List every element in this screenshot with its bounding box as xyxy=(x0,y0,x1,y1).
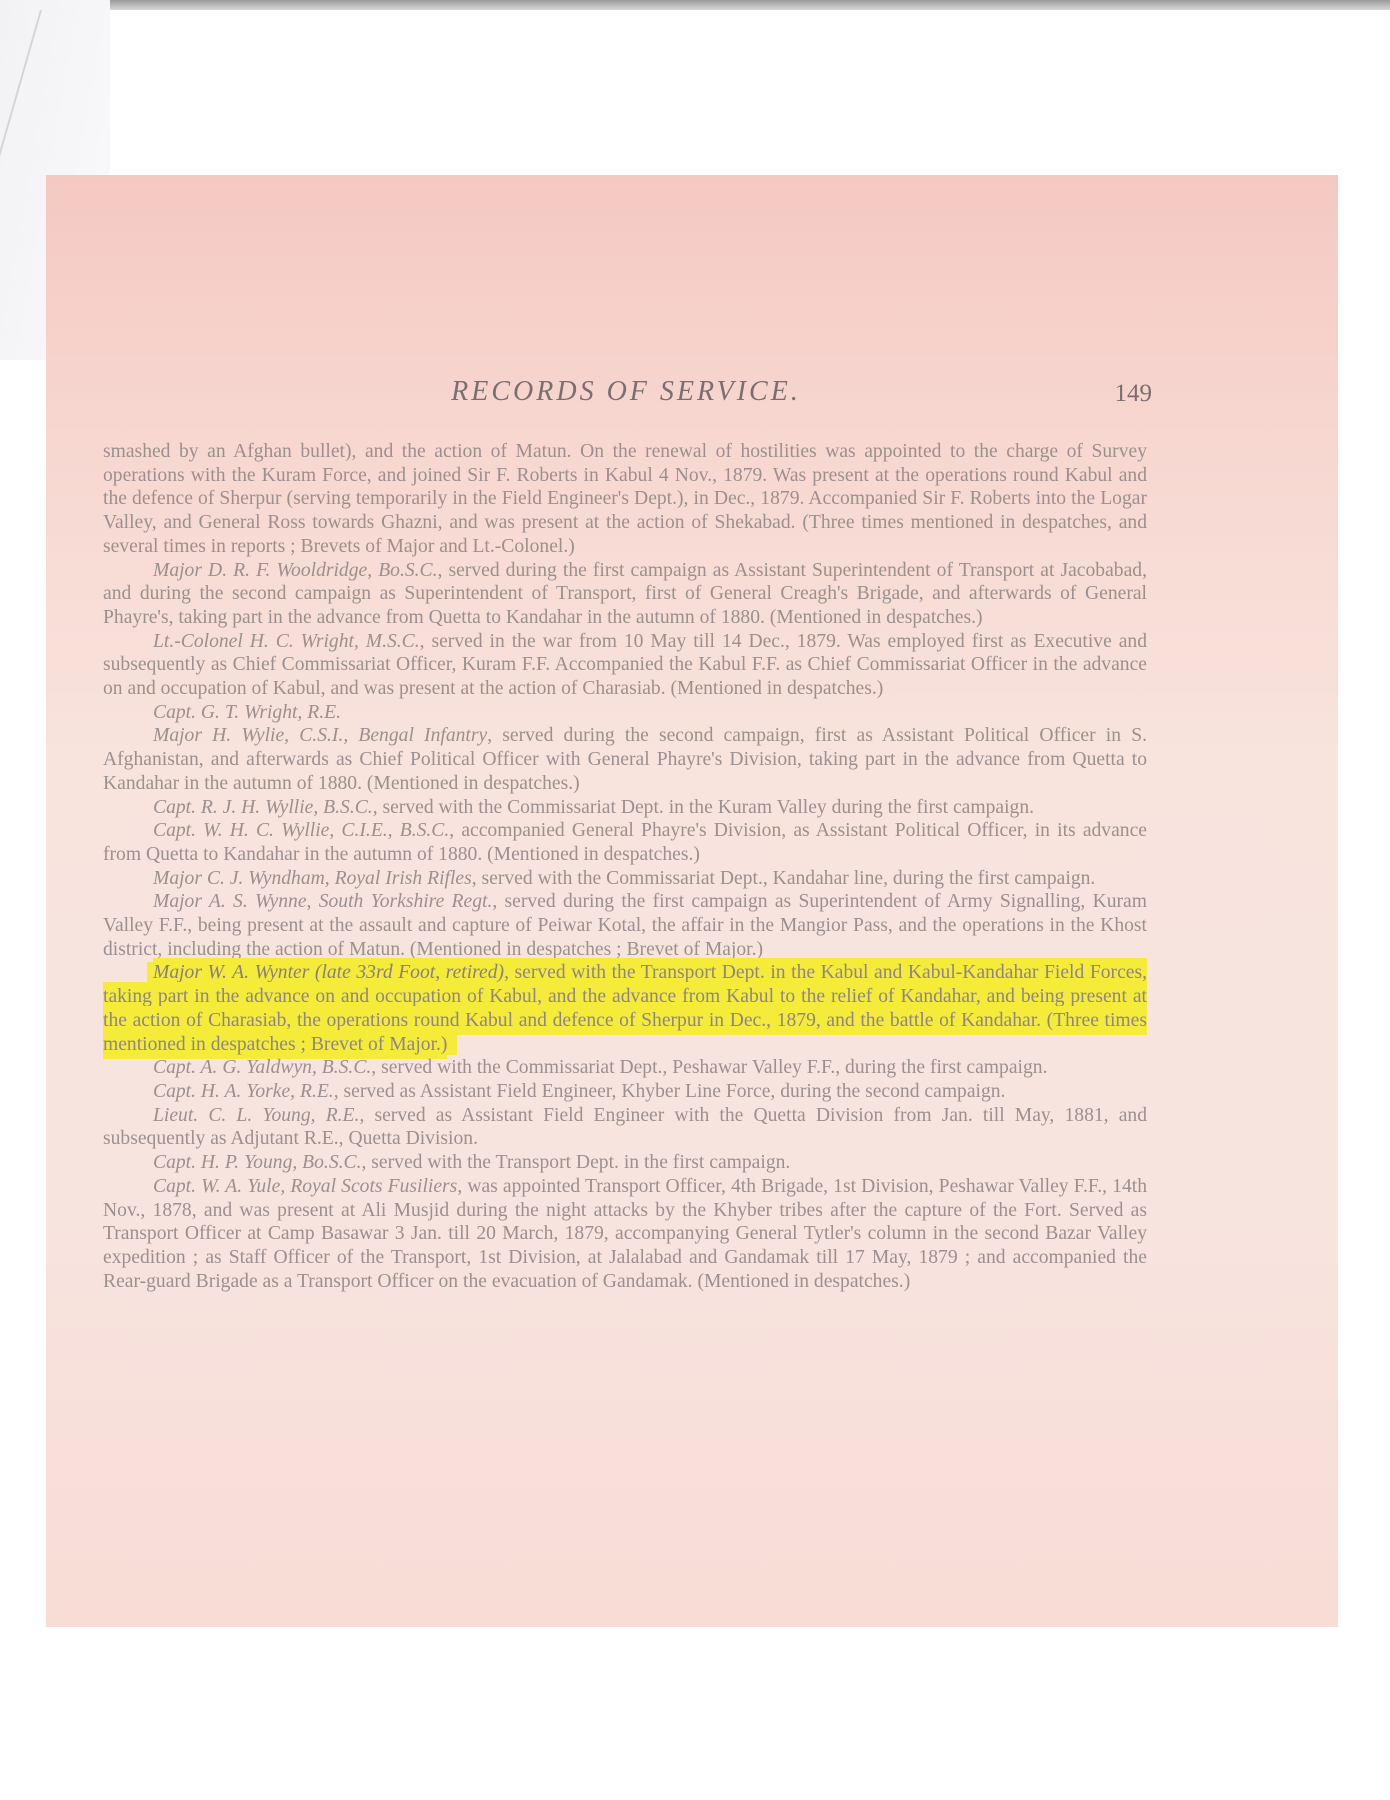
officer-name: Major C. J. Wyndham, Royal Irish Rifles xyxy=(153,868,472,889)
entry-continued: smashed by an Afghan bullet), and the ac… xyxy=(103,440,1147,559)
officer-name: Major W. A. Wynter (late 33rd Foot, reti… xyxy=(153,962,504,983)
entry-text: , served with the Transport Dept. in the… xyxy=(362,1152,791,1173)
entry: Major A. S. Wynne, South Yorkshire Regt.… xyxy=(103,890,1147,961)
officer-name: Major D. R. F. Wooldridge, Bo.S.C. xyxy=(153,560,438,581)
officer-name: Lt.-Colonel H. C. Wright, M.S.C. xyxy=(153,631,420,652)
officer-name: Capt. R. J. H. Wyllie, B.S.C. xyxy=(153,797,373,818)
entry: Lieut. C. L. Young, R.E., served as Assi… xyxy=(103,1104,1147,1151)
officer-name: Major A. S. Wynne, South Yorkshire Regt. xyxy=(153,891,492,912)
highlighter-mark: Major W. A. Wynter (late 33rd Foot, reti… xyxy=(103,962,1147,1054)
entry: Capt. R. J. H. Wyllie, B.S.C., served wi… xyxy=(103,796,1147,820)
officer-name: Major H. Wylie, C.S.I., Bengal Infantry xyxy=(153,725,487,746)
entry-text: , served as Assistant Field Engineer, Kh… xyxy=(334,1081,1006,1102)
entry-text: , served with the Commissariat Dept., Pe… xyxy=(371,1057,1047,1078)
entry: Lt.-Colonel H. C. Wright, M.S.C., served… xyxy=(103,630,1147,701)
entry: Major D. R. F. Wooldridge, Bo.S.C., serv… xyxy=(103,559,1147,630)
entry: Major H. Wylie, C.S.I., Bengal Infantry,… xyxy=(103,724,1147,795)
entry: Capt. H. P. Young, Bo.S.C., served with … xyxy=(103,1151,1147,1175)
entry: Major C. J. Wyndham, Royal Irish Rifles,… xyxy=(103,867,1147,891)
running-title: RECORDS OF SERVICE. xyxy=(100,376,1152,408)
officer-name: Capt. G. T. Wright, R.E. xyxy=(153,702,341,723)
records-body: smashed by an Afghan bullet), and the ac… xyxy=(103,440,1147,1293)
officer-name: Capt. H. A. Yorke, R.E. xyxy=(153,1081,334,1102)
entry-highlighted: Major W. A. Wynter (late 33rd Foot, reti… xyxy=(103,961,1147,1056)
officer-name: Capt. H. P. Young, Bo.S.C. xyxy=(153,1152,362,1173)
officer-name: Capt. W. H. C. Wyllie, C.I.E., B.S.C. xyxy=(153,820,449,841)
officer-name: Capt. A. G. Yaldwyn, B.S.C. xyxy=(153,1057,371,1078)
page-header: RECORDS OF SERVICE. 149 xyxy=(100,376,1152,416)
page-number: 149 xyxy=(1115,380,1153,408)
scan-edge xyxy=(0,0,1390,10)
entry: Capt. A. G. Yaldwyn, B.S.C., served with… xyxy=(103,1056,1147,1080)
entry: Capt. H. A. Yorke, R.E., served as Assis… xyxy=(103,1080,1147,1104)
entry-text: , served with the Commissariat Dept. in … xyxy=(373,797,1034,818)
officer-name: Capt. W. A. Yule, Royal Scots Fusiliers xyxy=(153,1176,457,1197)
entry: Capt. W. H. C. Wyllie, C.I.E., B.S.C., a… xyxy=(103,819,1147,866)
officer-name: Lieut. C. L. Young, R.E. xyxy=(153,1105,359,1126)
entry-text: smashed by an Afghan bullet), and the ac… xyxy=(103,441,1147,557)
entry: Capt. W. A. Yule, Royal Scots Fusiliers,… xyxy=(103,1175,1147,1294)
entry-text: , served with the Commissariat Dept., Ka… xyxy=(472,868,1096,889)
entry: Capt. G. T. Wright, R.E. xyxy=(103,701,1147,725)
